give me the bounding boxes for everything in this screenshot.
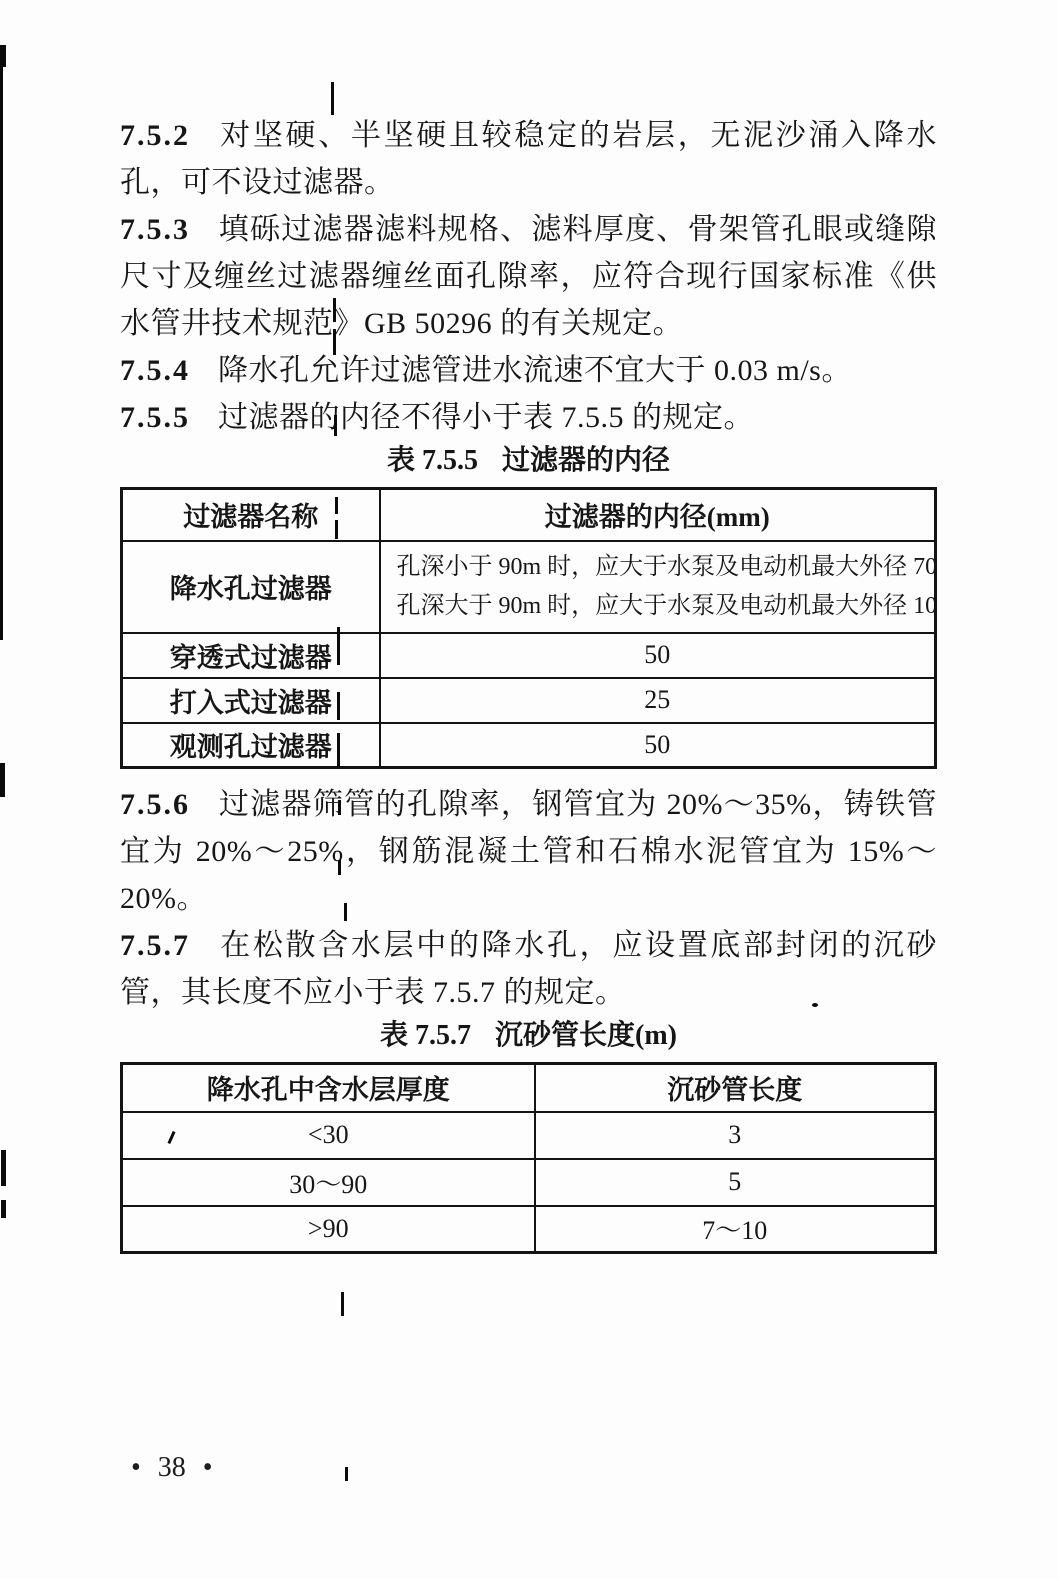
table-row: 打入式过滤器 25 <box>122 678 936 723</box>
cell-aquifer-thickness: 30～90 <box>122 1159 535 1206</box>
cell-settling-pipe-length: 5 <box>535 1159 936 1206</box>
fold-mark <box>335 497 338 514</box>
clause-7-5-7: 7.5.7在松散含水层中的降水孔，应设置底部封闭的沉砂管，其长度不应小于表 7.… <box>120 922 937 1016</box>
fold-mark <box>334 415 337 436</box>
clause-text: 降水孔允许过滤管进水流速不宜大于 0.03 m/s。 <box>218 354 852 387</box>
table-7-5-5: 过滤器名称 过滤器的内径(mm) 降水孔过滤器 孔深小于 90m 时，应大于水泵… <box>120 487 937 769</box>
fold-mark <box>331 82 334 115</box>
table-title-text: 过滤器的内径 <box>502 445 670 476</box>
table-header-row: 降水孔中含水层厚度 沉砂管长度 <box>122 1064 936 1112</box>
fold-mark <box>338 800 341 815</box>
table-title-text: 沉砂管长度(m) <box>495 1020 677 1051</box>
clause-number: 7.5.6 <box>120 788 190 821</box>
clause-text: 填砾过滤器滤料规格、滤料厚度、骨架管孔眼或缝隙尺寸及缠丝过滤器缠丝面孔隙率，应符… <box>120 213 937 340</box>
table-row: 穿透式过滤器 50 <box>122 633 936 678</box>
header-filter-name: 过滤器名称 <box>122 489 380 541</box>
clause-7-5-2: 7.5.2对坚硬、半坚硬且较稳定的岩层，无泥沙涌入降水孔，可不设过滤器。 <box>120 112 937 206</box>
fold-mark <box>338 860 341 875</box>
cell-filter-diameter: 50 <box>380 723 936 768</box>
cell-settling-pipe-length: 3 <box>535 1112 936 1159</box>
table-7-5-7: 降水孔中含水层厚度 沉砂管长度 <30 3 30～90 5 >90 7～10 <box>120 1062 937 1254</box>
fold-mark <box>335 520 338 539</box>
cell-filter-diameter: 50 <box>380 633 936 678</box>
left-edge-line <box>0 45 3 640</box>
clause-text: 在松散含水层中的降水孔，应设置底部封闭的沉砂管，其长度不应小于表 7.5.7 的… <box>120 929 937 1009</box>
cell-filter-name: 观测孔过滤器 <box>122 723 380 768</box>
fold-mark <box>341 1292 344 1316</box>
cell-filter-name: 穿透式过滤器 <box>122 633 380 678</box>
table-row: <30 3 <box>122 1112 936 1159</box>
clause-text: 过滤器的内径不得小于表 7.5.5 的规定。 <box>218 401 754 434</box>
left-edge-mark <box>1 1200 6 1218</box>
fold-mark <box>337 692 340 720</box>
table-title-label: 表 7.5.5 <box>387 445 478 476</box>
cell-filter-name: 打入式过滤器 <box>122 678 380 723</box>
table-7-5-7-title: 表 7.5.7沉砂管长度(m) <box>120 1018 937 1054</box>
table-title-label: 表 7.5.7 <box>380 1020 471 1051</box>
cell-aquifer-thickness: <30 <box>122 1112 535 1159</box>
speck <box>812 1003 818 1007</box>
cell-settling-pipe-length: 7～10 <box>535 1206 936 1253</box>
table-row: 降水孔过滤器 孔深小于 90m 时，应大于水泵及电动机最大外径 70mm； 孔深… <box>122 541 936 633</box>
left-edge-mark <box>1 1150 6 1186</box>
diameter-line-2: 孔深大于 90m 时，应大于水泵及电动机最大外径 100mm <box>397 587 935 626</box>
fold-mark <box>344 903 347 921</box>
cell-filter-diameter: 孔深小于 90m 时，应大于水泵及电动机最大外径 70mm； 孔深大于 90m … <box>380 541 936 633</box>
table-header-row: 过滤器名称 过滤器的内径(mm) <box>122 489 936 541</box>
page-number: • 38 • <box>131 1452 213 1484</box>
clause-number: 7.5.4 <box>120 354 190 387</box>
clause-7-5-4: 7.5.4降水孔允许过滤管进水流速不宜大于 0.03 m/s。 <box>120 347 937 394</box>
clause-number: 7.5.3 <box>120 213 190 246</box>
clause-text: 对坚硬、半坚硬且较稳定的岩层，无泥沙涌入降水孔，可不设过滤器。 <box>120 119 937 199</box>
clause-number: 7.5.2 <box>120 119 190 152</box>
clause-number: 7.5.5 <box>120 401 190 434</box>
table-7-5-5-title: 表 7.5.5过滤器的内径 <box>120 443 937 479</box>
left-edge-mark <box>0 763 5 797</box>
cell-filter-diameter: 25 <box>380 678 936 723</box>
clause-7-5-6: 7.5.6过滤器筛管的孔隙率，钢管宜为 20%～35%，铸铁管宜为 20%～25… <box>120 781 937 922</box>
clause-number: 7.5.7 <box>120 929 190 962</box>
fold-mark <box>333 329 336 355</box>
header-aquifer-thickness: 降水孔中含水层厚度 <box>122 1064 535 1112</box>
table-row: 30～90 5 <box>122 1159 936 1206</box>
fold-mark <box>345 1467 348 1481</box>
document-page: 7.5.2对坚硬、半坚硬且较稳定的岩层，无泥沙涌入降水孔，可不设过滤器。 7.5… <box>0 0 1058 1579</box>
header-filter-diameter: 过滤器的内径(mm) <box>380 489 936 541</box>
page-content: 7.5.2对坚硬、半坚硬且较稳定的岩层，无泥沙涌入降水孔，可不设过滤器。 7.5… <box>120 112 937 1254</box>
cell-aquifer-thickness: >90 <box>122 1206 535 1253</box>
clause-7-5-3: 7.5.3填砾过滤器滤料规格、滤料厚度、骨架管孔眼或缝隙尺寸及缠丝过滤器缠丝面孔… <box>120 206 937 347</box>
clause-7-5-5: 7.5.5过滤器的内径不得小于表 7.5.5 的规定。 <box>120 394 937 441</box>
left-edge-mark <box>0 45 6 67</box>
header-settling-pipe-length: 沉砂管长度 <box>535 1064 936 1112</box>
fold-mark <box>333 298 336 322</box>
fold-mark <box>337 627 340 665</box>
table-row: 观测孔过滤器 50 <box>122 723 936 768</box>
diameter-line-1: 孔深小于 90m 时，应大于水泵及电动机最大外径 70mm； <box>397 548 935 587</box>
clause-text: 过滤器筛管的孔隙率，钢管宜为 20%～35%，铸铁管宜为 20%～25%，钢筋混… <box>120 788 937 915</box>
table-row: >90 7～10 <box>122 1206 936 1253</box>
cell-filter-name: 降水孔过滤器 <box>122 541 380 633</box>
fold-mark <box>337 733 340 767</box>
